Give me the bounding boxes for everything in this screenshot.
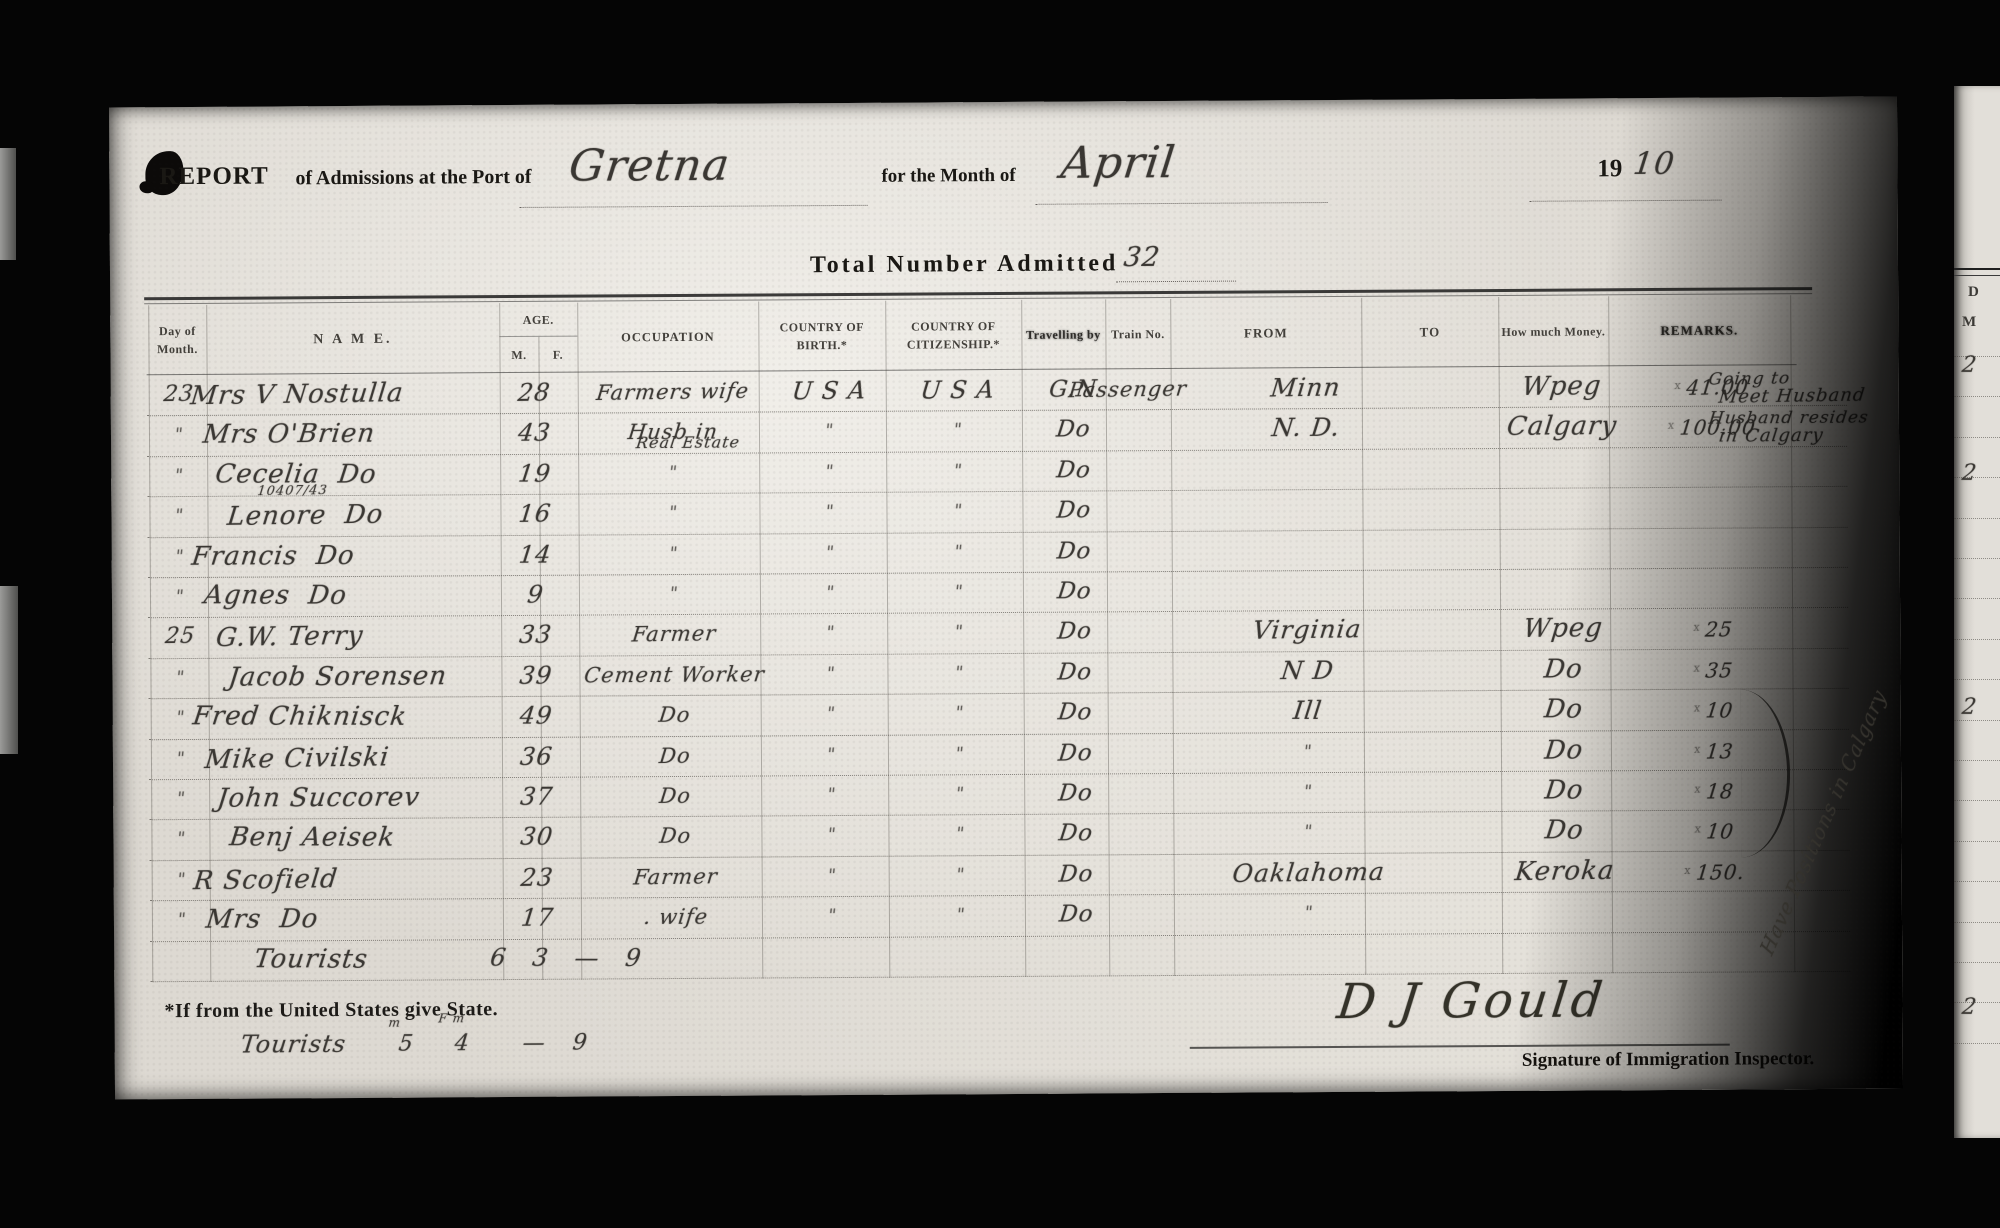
check-mark: x	[1693, 702, 1702, 715]
column-header-age: AGE.	[499, 303, 577, 337]
cell-name: Agnes Do	[190, 575, 537, 616]
check-mark: x	[1667, 419, 1676, 432]
cell-to: Do	[1456, 689, 1671, 730]
column-header-to: TO	[1361, 297, 1498, 368]
cell-occupation: "	[571, 453, 776, 494]
column-header-train: Train No.	[1105, 299, 1170, 369]
column-header-from: FROM	[1170, 298, 1361, 369]
cell-birth: "	[768, 896, 898, 937]
cell-occupation: Farmer	[572, 613, 777, 656]
cell-birth: "	[766, 573, 896, 614]
cell-note: 10407/43	[257, 483, 399, 499]
cell-occupation2: Real Estate	[582, 434, 794, 453]
cell-travelling: Do	[1031, 854, 1120, 896]
sliver-rule-line	[1954, 1043, 2000, 1044]
cell-money: x150.	[1657, 850, 1771, 892]
sliver-rule-line	[1954, 558, 2000, 559]
cell-age: 28	[485, 372, 584, 414]
sliver-rule-line	[1954, 922, 2000, 923]
column-header-birth: COUNTRY OF BIRTH.*	[758, 301, 885, 372]
cell-age: 37	[487, 777, 587, 818]
cell-birth: "	[767, 855, 896, 897]
cell-travelling: Do	[1029, 571, 1119, 612]
cell-name: Fred Chiknisck	[190, 697, 525, 738]
cell-from: N D	[1190, 650, 1425, 692]
sliver-rule-line	[1954, 679, 2000, 680]
cell-birth: "	[765, 532, 895, 573]
cell-age: 9	[485, 575, 585, 616]
sliver-top-rule	[1954, 268, 2000, 276]
column-header-remarks: REMARKS.	[1608, 295, 1790, 366]
check-mark: x	[1693, 742, 1702, 755]
cell-birth: "	[767, 734, 896, 776]
cell-occupation: Do	[573, 775, 778, 817]
cell-travelling: Do	[1029, 531, 1119, 572]
sliver-rule-line	[1954, 962, 2000, 963]
cell-name: R Scofield	[191, 856, 526, 901]
signature-rule	[1190, 1044, 1730, 1049]
column-header-occupation: OCCUPATION	[577, 302, 758, 373]
tourists-male-count: 5	[397, 1032, 415, 1057]
cell-from: "	[1191, 730, 1426, 774]
cell-citizenship: "	[891, 531, 1026, 572]
cell-age: 30	[487, 817, 587, 858]
cell-occupation: Farmer	[573, 855, 778, 898]
check-mark: x	[1684, 864, 1693, 877]
cell-travelling: Do	[1030, 611, 1119, 653]
cell-citizenship: "	[891, 451, 1026, 492]
cell-remarks2: in Calgary	[1718, 425, 1980, 447]
cell-birth: "	[767, 775, 897, 816]
cell-name: Mrs O'Brien	[189, 413, 536, 456]
sliver-rule-line	[1954, 841, 2000, 842]
check-mark: x	[1693, 662, 1702, 675]
cell-to: Keroka	[1457, 850, 1672, 894]
column-header-name: N A M E.	[206, 303, 499, 375]
tourists-total: 9	[571, 1031, 589, 1056]
cell-citizenship: "	[893, 774, 1028, 815]
cell-birth: U S A	[764, 370, 893, 412]
column-header-citizenship: COUNTRY OF CITIZENSHIP.*	[885, 300, 1021, 371]
cell-money: x25	[1656, 607, 1770, 649]
cell-citizenship: "	[893, 733, 1027, 775]
cell-citizenship: U S A	[890, 369, 1024, 411]
cell-birth: "	[766, 613, 895, 655]
microfilm-frame: REPORT of Admissions at the Port of Gret…	[0, 0, 2000, 1228]
check-mark: x	[1694, 823, 1703, 836]
cell-money: x35	[1656, 648, 1771, 689]
cell-from: "	[1192, 893, 1427, 935]
column-header-travelling: Travelling by	[1021, 299, 1105, 370]
cell-travelling: Do	[1031, 733, 1120, 775]
column-header-day: Day of Month.	[148, 305, 206, 375]
table-gridlines	[109, 97, 1897, 108]
cell-name: Mrs Do	[192, 898, 539, 941]
sliver-rule-line	[1954, 881, 2000, 882]
cell-to: Do	[1457, 770, 1672, 812]
sliver-handwritten-mark: 2	[1961, 696, 1979, 720]
cell-occupation: Do	[573, 734, 778, 777]
cell-travelling: Do	[1029, 450, 1119, 491]
check-mark: x	[1693, 621, 1702, 634]
sliver-rule-line	[1954, 639, 2000, 640]
cell-occupation: "	[572, 574, 777, 615]
cell-to: Calgary	[1455, 406, 1670, 448]
sliver-rule-line	[1954, 437, 2000, 438]
cell-age: 16	[485, 493, 584, 535]
sliver-handwritten-mark: 2	[1961, 462, 1979, 486]
signature-label: Signature of Immigration Inspector.	[1522, 1048, 1815, 1072]
film-edge-artifact-bottom	[0, 586, 18, 754]
table-body: 23Mrs V Nostulla28Farmers wifeU S AU S A…	[111, 365, 1905, 983]
cell-from: N. D.	[1189, 408, 1424, 450]
column-header-age-male: M.	[499, 337, 538, 373]
cell-citizenship: "	[892, 612, 1026, 654]
sliver-fragment-2: M	[1962, 314, 1976, 331]
cell-citizenship: "	[893, 814, 1028, 855]
cell-age: 14	[485, 534, 585, 575]
check-mark: x	[1694, 783, 1703, 796]
admissions-table: Day of Month. N A M E. AGE. M. F. OCCUPA…	[109, 97, 1903, 1100]
tourists-label: Tourists	[239, 1030, 348, 1059]
cell-from: Oaklahoma	[1191, 851, 1426, 895]
cell-from: Minn	[1188, 366, 1423, 410]
cell-travelling: Do	[1032, 894, 1122, 935]
cell-from: Virginia	[1190, 609, 1425, 653]
sliver-rule-line	[1954, 598, 2000, 599]
cell-age: 36	[487, 736, 586, 778]
sliver-rule-line	[1954, 760, 2000, 761]
tourists-tally-line: Tourists m 5 F m 4 — 9	[241, 1020, 661, 1083]
check-mark: x	[1674, 379, 1683, 392]
cell-occupation: Do	[573, 816, 778, 857]
cell-from: "	[1191, 771, 1426, 813]
cell-travelling: Do	[1031, 814, 1121, 855]
cell-citizenship: "	[893, 854, 1027, 896]
cell-citizenship: "	[891, 410, 1026, 451]
report-page: REPORT of Admissions at the Port of Gret…	[109, 97, 1903, 1100]
tourists-female-sup: F m	[438, 1011, 466, 1025]
cell-age: 17	[488, 898, 588, 939]
sliver-rule-line	[1954, 518, 2000, 519]
column-header-age-female: F.	[538, 337, 577, 373]
cell-occupation: Farmers wife	[570, 371, 775, 414]
cell-to: Do	[1456, 649, 1671, 691]
column-header-money: How much Money.	[1498, 296, 1608, 367]
cell-travelling: Do	[1031, 773, 1121, 814]
next-page-sliver: D M 2222	[1954, 86, 2000, 1138]
cell-age: 6 3 — 9	[488, 937, 793, 978]
cell-occupation: . wife	[574, 897, 779, 939]
cell-occupation: Cement Worker	[572, 654, 777, 696]
cell-birth: "	[765, 452, 895, 493]
cell-travelling: Do	[1029, 410, 1119, 451]
cell-from: Ill	[1190, 691, 1425, 732]
cell-citizenship: "	[891, 490, 1025, 532]
sliver-fragment-1: D	[1968, 284, 1979, 301]
cell-to: Do	[1457, 729, 1672, 773]
cell-to: Do	[1457, 811, 1672, 852]
tourists-female-count: 4	[453, 1031, 471, 1056]
cell-occupation: "	[571, 492, 776, 535]
cell-to: Wpeg	[1456, 607, 1671, 651]
tourists-male-sup: m	[388, 1016, 402, 1030]
cell-name: Mrs V Nostulla	[188, 372, 523, 417]
cell-age: 33	[486, 615, 585, 657]
cell-name: Francis Do	[189, 535, 524, 577]
cell-age: 43	[485, 413, 585, 454]
cell-remarks2: Meet Husband	[1718, 384, 1980, 408]
signature-block: D J Gould Signature of Immigration Inspe…	[1189, 977, 1890, 1091]
cell-age: 49	[486, 696, 586, 737]
inspector-signature: D J Gould	[1334, 972, 1609, 1030]
cell-travelling: Do	[1029, 490, 1118, 532]
cell-birth: "	[766, 694, 896, 735]
cell-name: Mike Civilski	[191, 735, 538, 780]
cell-to: Wpeg	[1454, 365, 1669, 409]
cell-occupation: Do	[572, 695, 777, 736]
sliver-rule-line	[1954, 396, 2000, 397]
cell-from: "	[1191, 812, 1426, 853]
film-edge-artifact-top	[0, 148, 16, 260]
cell-citizenship: "	[892, 572, 1027, 613]
cell-travelling: Do	[1030, 693, 1120, 734]
cell-travelling: Do	[1030, 652, 1120, 693]
cell-occupation: "	[571, 533, 776, 575]
cell-citizenship: "	[892, 653, 1027, 694]
cell-age: 23	[487, 857, 586, 899]
cell-citizenship: "	[892, 693, 1027, 734]
sliver-rule-line	[1954, 800, 2000, 801]
sliver-handwritten-mark: 2	[1961, 996, 1979, 1020]
cell-birth: "	[765, 411, 895, 452]
cell-citizenship: "	[894, 895, 1029, 936]
sliver-handwritten-mark: 2	[1961, 354, 1979, 378]
cell-age: 19	[485, 454, 585, 495]
cell-birth: "	[766, 653, 896, 694]
cell-birth: "	[767, 815, 897, 856]
cell-birth: "	[765, 491, 894, 533]
cell-age: 39	[486, 655, 586, 696]
tourists-dash: —	[521, 1031, 547, 1056]
